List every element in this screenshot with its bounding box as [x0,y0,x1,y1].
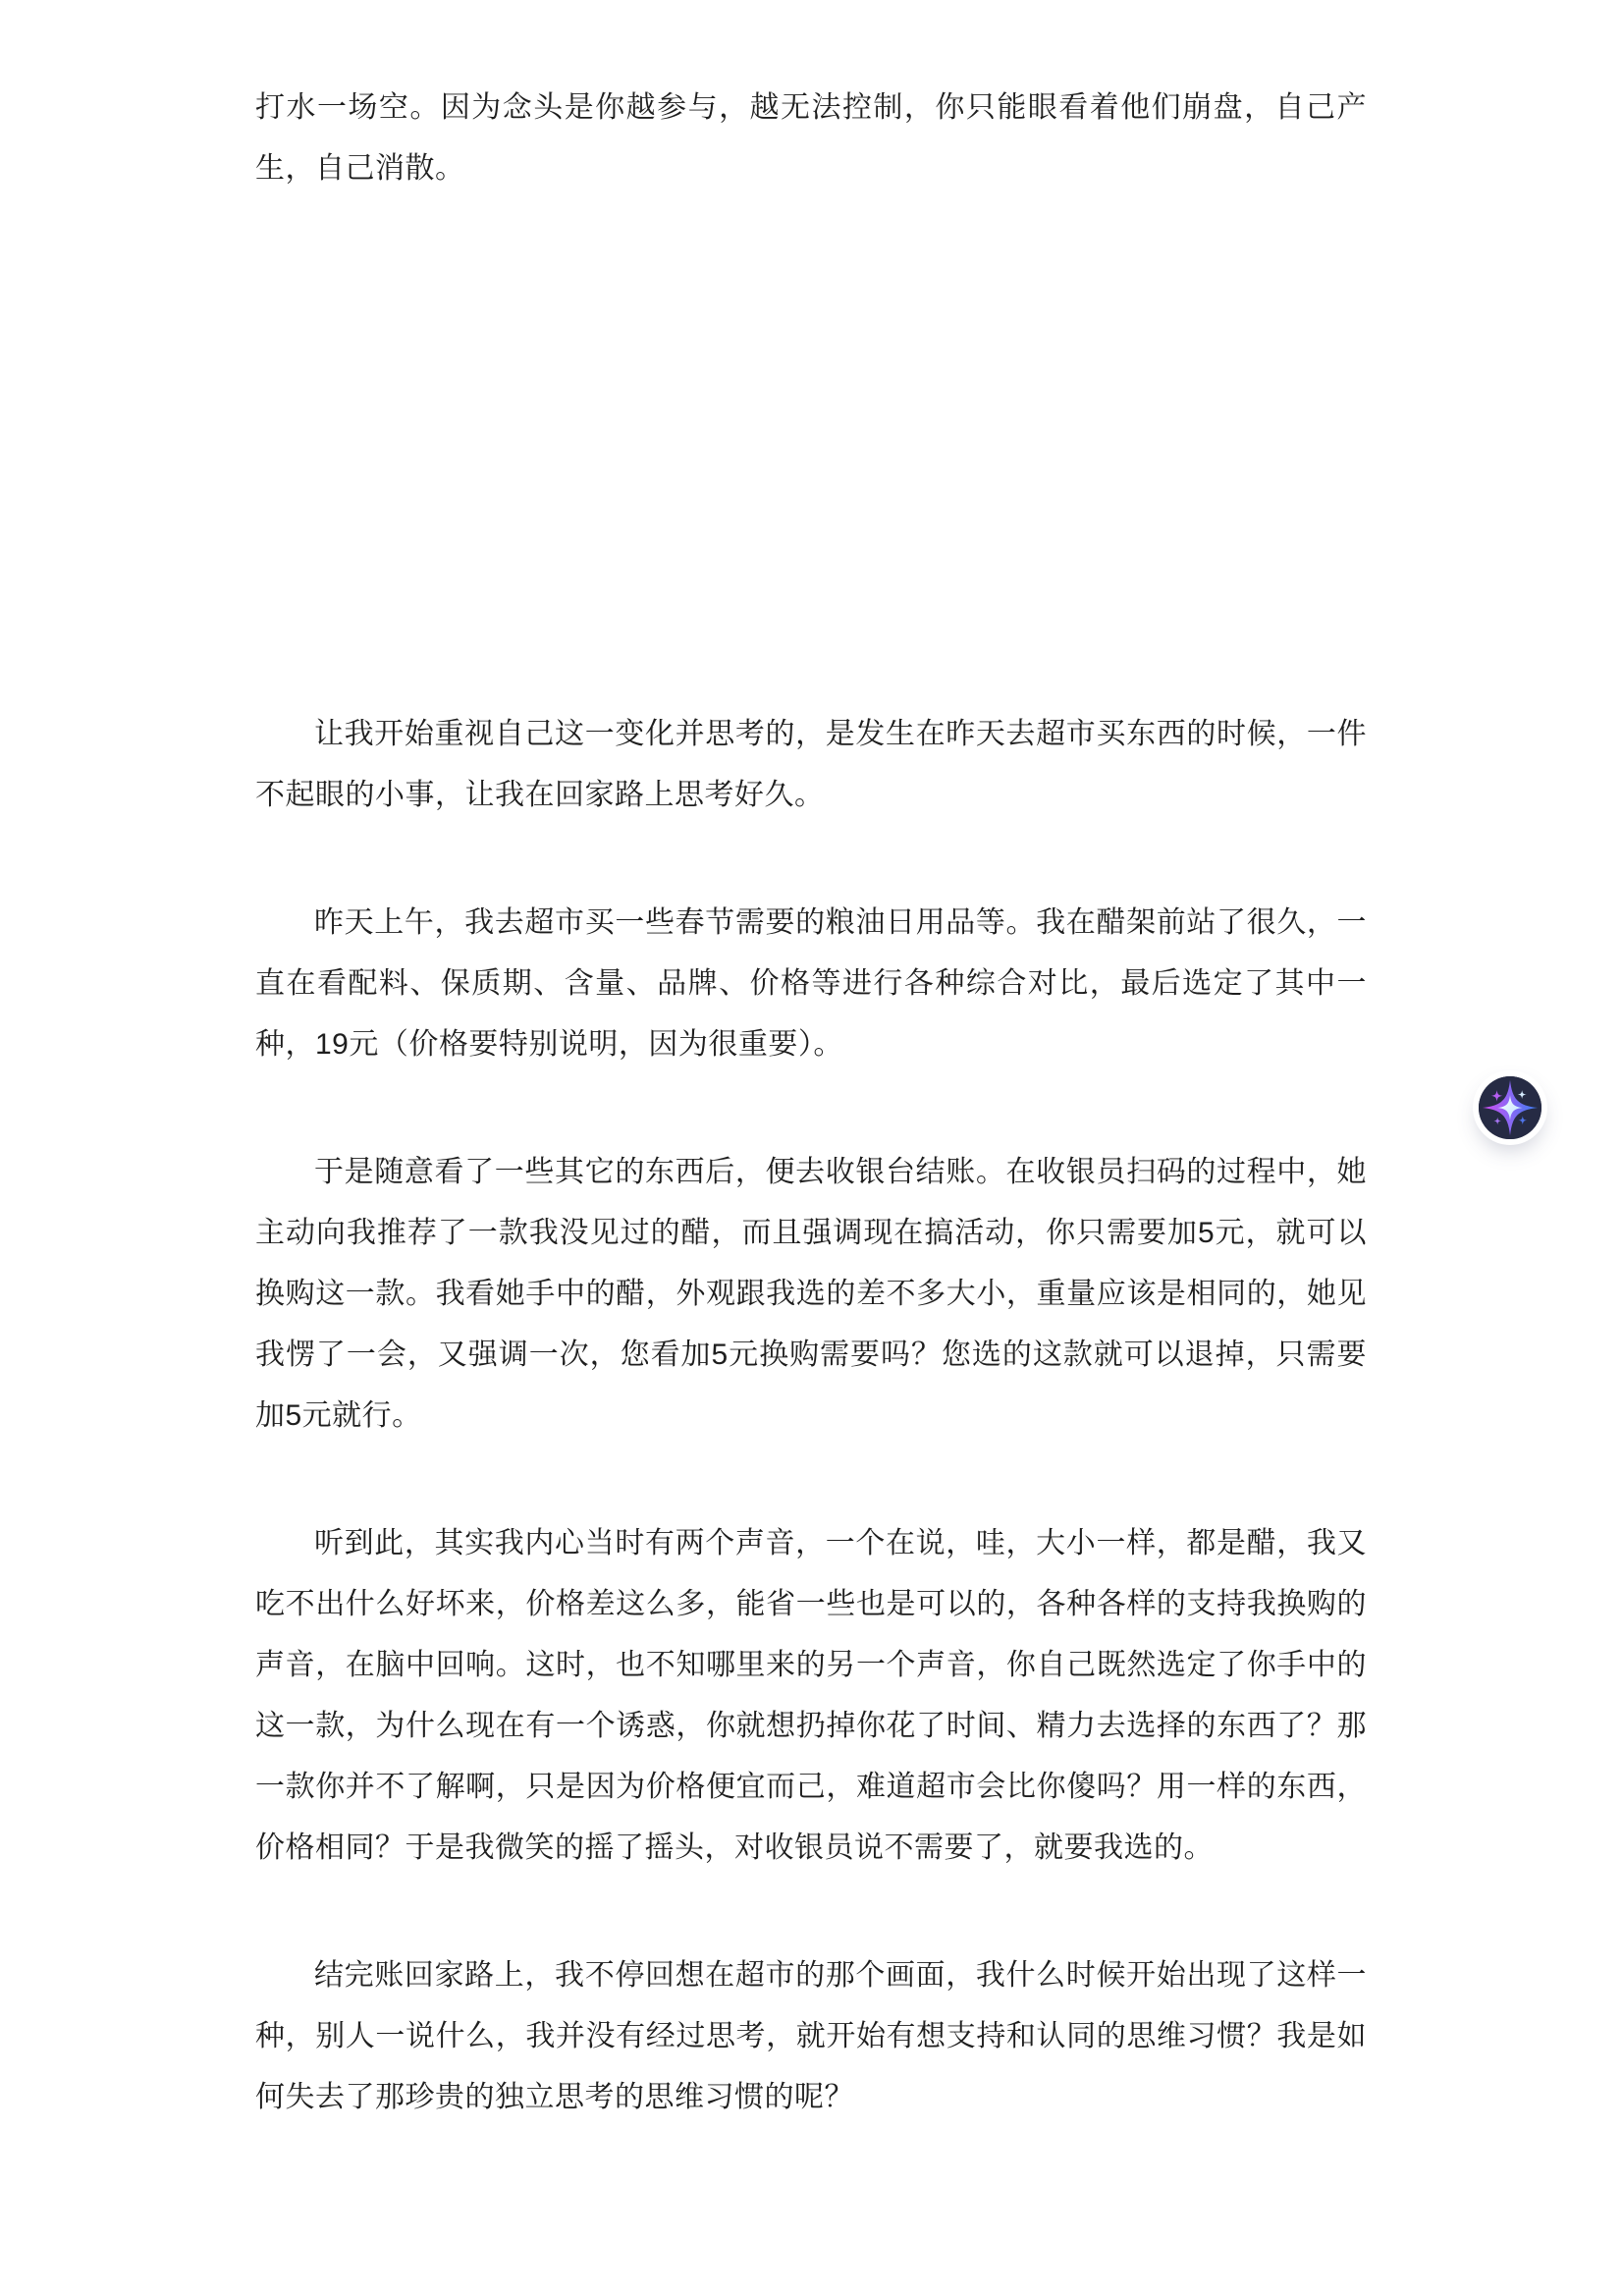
sparkle-icon [1479,1076,1541,1139]
paragraph: 让我开始重视自己这一变化并思考的，是发生在昨天去超市买东西的时候，一件不起眼的小… [255,704,1367,826]
article-body: 打水一场空。因为念头是你越参与，越无法控制，你只能眼看着他们崩盘，自己产生，自己… [255,0,1367,2128]
paragraph: 结完账回家路上，我不停回想在超市的那个画面，我什么时候开始出现了这样一种，别人一… [255,1945,1367,2128]
paragraph: 昨天上午，我去超市买一些春节需要的粮油日用品等。我在醋架前站了很久，一直在看配料… [255,893,1367,1075]
paragraph: 听到此，其实我内心当时有两个声音，一个在说，哇，大小一样，都是醋，我又吃不出什么… [255,1513,1367,1879]
ai-assistant-button[interactable] [1479,1076,1541,1139]
paragraph: 于是随意看了一些其它的东西后，便去收银台结账。在收银员扫码的过程中，她主动向我推… [255,1142,1367,1447]
blank-gap [255,199,1367,704]
paragraph: 打水一场空。因为念头是你越参与，越无法控制，你只能眼看着他们崩盘，自己产生，自己… [255,78,1367,199]
